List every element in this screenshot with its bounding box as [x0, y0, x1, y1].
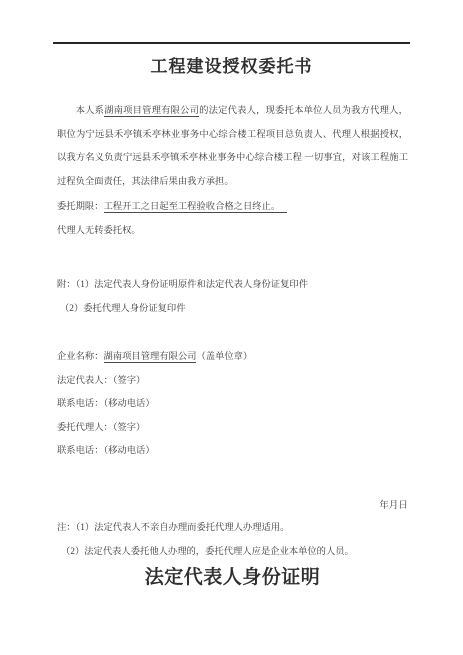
intro-body-text: 的法定代表人，现委托本单位人员为我方代理人，职位为宁远县禾亭镇禾亭林业事务中心综…	[57, 106, 408, 187]
company-name-underlined: 湖南项目管理有限公司	[104, 352, 197, 363]
no-delegation-line: 代理人无转委托权。	[57, 220, 408, 244]
footer-heading: 法定代表人身份证明	[57, 564, 408, 592]
date-line: 年月日	[57, 494, 408, 518]
intro-prefix: 本人系	[76, 106, 105, 116]
note-line-2: （2）法定代表人委托他人办理的，委托代理人应是企业本单位的人员。	[57, 541, 408, 565]
phone-line-1: 联系电话：（移动电话）	[57, 393, 408, 417]
attachment-item-1: 附：（1）法定代表人身份证明原件和法定代表人身份证复印件	[57, 274, 408, 298]
intro-company-name-underlined: 湖南项目管理有限公司	[104, 106, 199, 117]
intro-paragraph: 本人系湖南项目管理有限公司的法定代表人，现委托本单位人员为我方代理人，职位为宁远…	[57, 100, 408, 194]
term-value-underlined: 工程开工之日起至工程验收合格之日终止。	[104, 202, 288, 213]
attachment-item-2: （2）委托代理人身份证复印件	[57, 298, 408, 322]
header-rule	[53, 42, 410, 44]
company-name-line: 企业名称：湖南项目管理有限公司（盖单位章）	[57, 346, 408, 370]
company-seal-note: （盖单位章）	[196, 352, 252, 362]
agent-signature-line: 委托代理人：（签字）	[57, 417, 408, 441]
term-line: 委托期限：工程开工之日起至工程验收合格之日终止。	[57, 196, 408, 220]
document-title: 工程建设授权委托书	[0, 52, 463, 77]
term-label: 委托期限：	[57, 202, 104, 212]
document-body: 本人系湖南项目管理有限公司的法定代表人，现委托本单位人员为我方代理人，职位为宁远…	[57, 100, 408, 592]
note-line-1: 注：（1）法定代表人不亲自办理而委托代理人办理适用。	[57, 517, 408, 541]
phone-line-2: 联系电话：（移动电话）	[57, 440, 408, 464]
legal-rep-signature-line: 法定代表人：（签字）	[57, 370, 408, 394]
company-name-label: 企业名称：	[57, 352, 104, 362]
document-page: 工程建设授权委托书 本人系湖南项目管理有限公司的法定代表人，现委托本单位人员为我…	[0, 0, 463, 655]
